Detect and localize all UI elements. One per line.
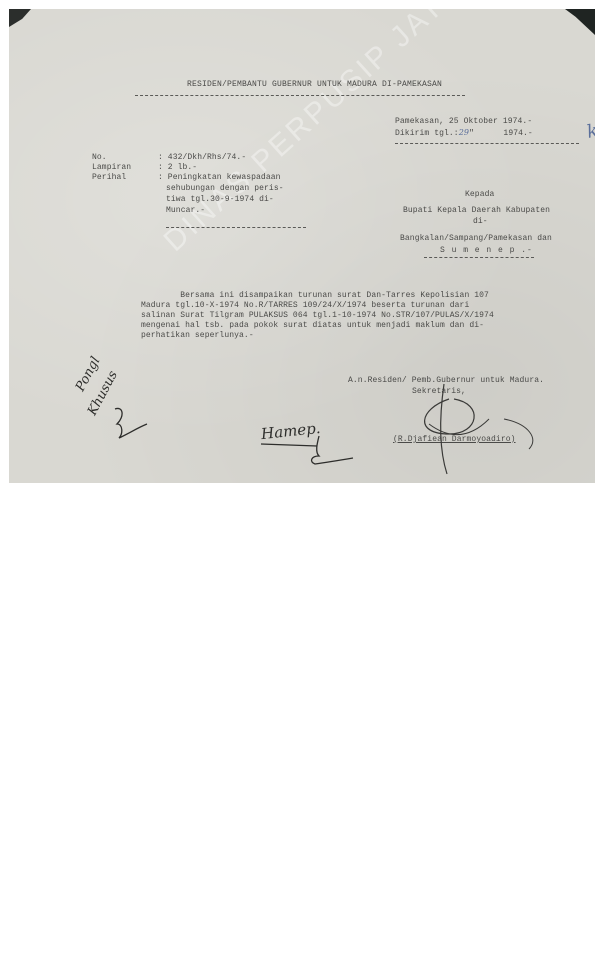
meta-perihal-label: Perihal [92,173,126,183]
torn-corner [9,9,31,27]
subject-line-3: tiwa tgl.30-9-1974 di- [166,195,274,205]
meta-lampiran-value: : 2 lb.- [158,163,197,173]
letterhead-rule [135,95,465,96]
meta-no-label: No. [92,153,107,163]
recipient-rule [424,257,534,258]
sent-label: Dikirim tgl.: [395,129,459,138]
subject-rule [166,227,306,228]
recipient-line-4: S u m e n e p .- [440,246,533,256]
scan-edge-shadow [565,9,595,35]
official-signature-icon [409,379,559,479]
sent-day-handwritten: 29 [459,128,469,137]
subject-line-2: sehubungan dengan peris- [166,184,284,194]
signature-flourish-icon [259,434,359,474]
body-line-3: salinan Surat Tilgram PULAKSUS 064 tgl.1… [141,311,494,321]
recipient-line-3: Bangkalan/Sampang/Pamekasan dan [400,234,552,244]
handwritten-mark-icon [113,404,153,444]
place-date: Pamekasan, 25 Oktober 1974.- [395,117,532,127]
body-line-5: perhatikan seperlunya.- [141,331,254,341]
body-line-2: Madura tgl.10-X-1974 No.R/TARRES 109/24/… [141,301,469,311]
recipient-line-2: di- [473,217,488,227]
date-rule [395,143,579,144]
letterhead: RESIDEN/PEMBANTU GUBERNUR UNTUK MADURA D… [187,80,442,90]
meta-lampiran-label: Lampiran [92,163,131,173]
recipient-line-1: Bupati Kepala Daerah Kabupaten [403,206,550,216]
meta-no-value: : 432/Dkh/Rhs/74.- [158,153,246,163]
body-line-1: Bersama ini disampaikan turunan surat Da… [141,291,489,301]
recipient-kepada: Kepada [465,190,494,200]
meta-perihal-value: : Peningkatan kewaspadaan [158,173,281,183]
body-line-4: mengenai hal tsb. pada pokok surat diata… [141,321,484,331]
scanned-letter: DINAS PERPUSIP JATIM RESIDEN/PEMBANTU GU… [9,9,595,483]
subject-line-4: Muncar.- [166,206,205,216]
sent-suffix: " 1974.- [469,129,533,138]
margin-initial: k [585,120,595,143]
sent-date: Dikirim tgl.:29" 1974.- [395,128,533,139]
